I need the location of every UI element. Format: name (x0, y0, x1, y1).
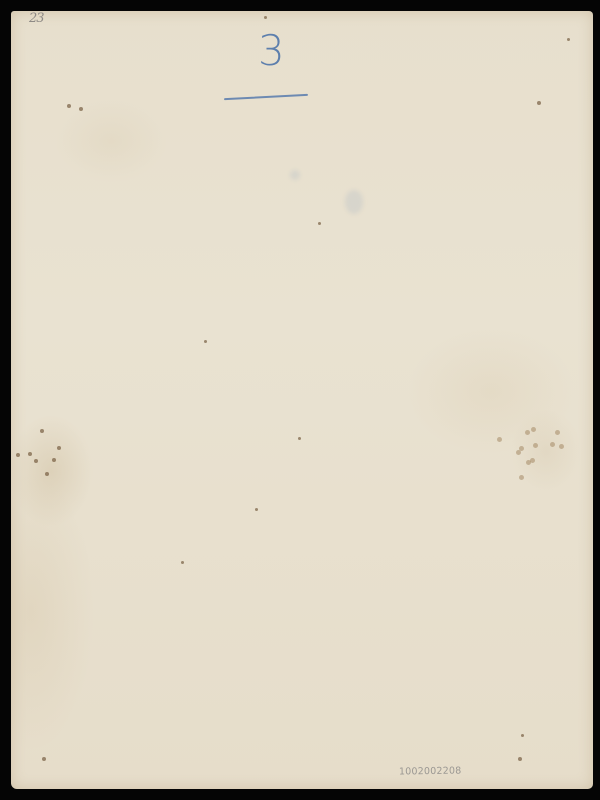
foxing-spot (533, 443, 538, 448)
faint-ink-mark (345, 190, 363, 214)
foxing-spot (40, 429, 44, 433)
paper-sheet (11, 11, 593, 789)
foxing-spot (264, 16, 267, 19)
foxing-spot (16, 453, 20, 457)
foxing-spot (519, 475, 524, 480)
foxing-spot (567, 38, 570, 41)
foxing-spot (525, 430, 530, 435)
foxing-spot (34, 459, 38, 463)
foxing-spot (559, 444, 564, 449)
faint-ink-mark (290, 170, 300, 180)
foxing-spot (318, 222, 321, 225)
foxing-spot (204, 340, 207, 343)
foxing-spot (531, 427, 536, 432)
foxing-spot (298, 437, 301, 440)
foxing-spot (45, 472, 49, 476)
foxing-spot (555, 430, 560, 435)
foxing-spot (181, 561, 184, 564)
foxing-spot (52, 458, 56, 462)
page-number: 3 (258, 30, 285, 72)
foxing-spot (521, 734, 524, 737)
foxing-spot (42, 757, 46, 761)
foxing-spot (79, 107, 83, 111)
foxing-spot (57, 446, 61, 450)
foxing-spot (28, 452, 32, 456)
corner-annotation: 23 (29, 11, 44, 26)
foxing-spot (497, 437, 502, 442)
accession-number: 1002002208 (399, 765, 462, 777)
foxing-spot (67, 104, 71, 108)
foxing-spot (530, 458, 535, 463)
foxing-spot (550, 442, 555, 447)
foxing-spot (519, 446, 524, 451)
foxing-spot (255, 508, 258, 511)
foxing-spot (537, 101, 541, 105)
foxing-spot (518, 757, 522, 761)
